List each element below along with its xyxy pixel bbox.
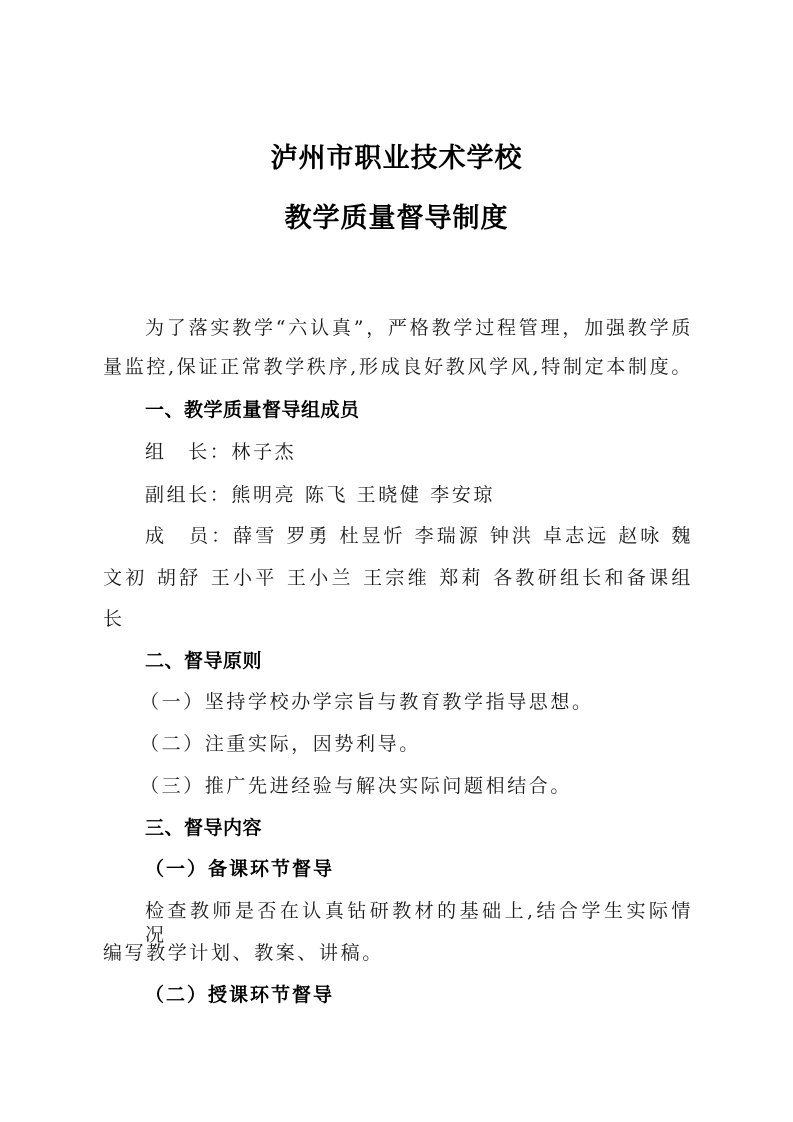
section-3-heading: 三、督导内容 (145, 816, 262, 840)
members-line-3: 长 (103, 607, 693, 631)
subsection-lesson-prep-heading: （一）备课环节督导 (145, 857, 334, 881)
document-title-regulation: 教学质量督导制度 (0, 196, 793, 235)
principle-item-3: （三）推广先进经验与解决实际问题相结合。 (140, 774, 730, 798)
deputy-leaders: 副组长：熊明亮 陈飞 王晓健 李安琼 (145, 483, 693, 507)
members-line-1: 成 员：薛雪 罗勇 杜昱忻 李瑞源 钟洪 卓志远 赵咏 魏 (145, 524, 693, 548)
principle-item-2: （二）注重实际，因势利导。 (140, 732, 730, 756)
intro-paragraph-line-1: 为了落实教学“六认真”，严格教学过程管理，加强教学质 (145, 316, 693, 340)
lesson-prep-line-2: 编写教学计划、教案、讲稿。 (103, 941, 693, 965)
section-2-heading: 二、督导原则 (145, 649, 262, 673)
subsection-teaching-heading: （二）授课环节督导 (145, 983, 334, 1007)
group-leader: 组 长：林子杰 (145, 440, 693, 464)
members-line-2: 文初 胡舒 王小平 王小兰 王宗维 郑莉 各教研组长和备课组 (103, 566, 693, 590)
section-1-heading: 一、教学质量督导组成员 (145, 398, 360, 422)
document-title-school: 泸州市职业技术学校 (0, 136, 793, 175)
document-page: 泸州市职业技术学校 教学质量督导制度 为了落实教学“六认真”，严格教学过程管理，… (0, 0, 793, 1122)
principle-item-1: （一）坚持学校办学宗旨与教育教学指导思想。 (140, 690, 730, 714)
intro-paragraph-line-2: 量监控,保证正常教学秩序,形成良好教风学风,特制定本制度。 (103, 355, 693, 379)
lesson-prep-line-1: 检查教师是否在认真钻研教材的基础上,结合学生实际情况 (145, 899, 693, 947)
